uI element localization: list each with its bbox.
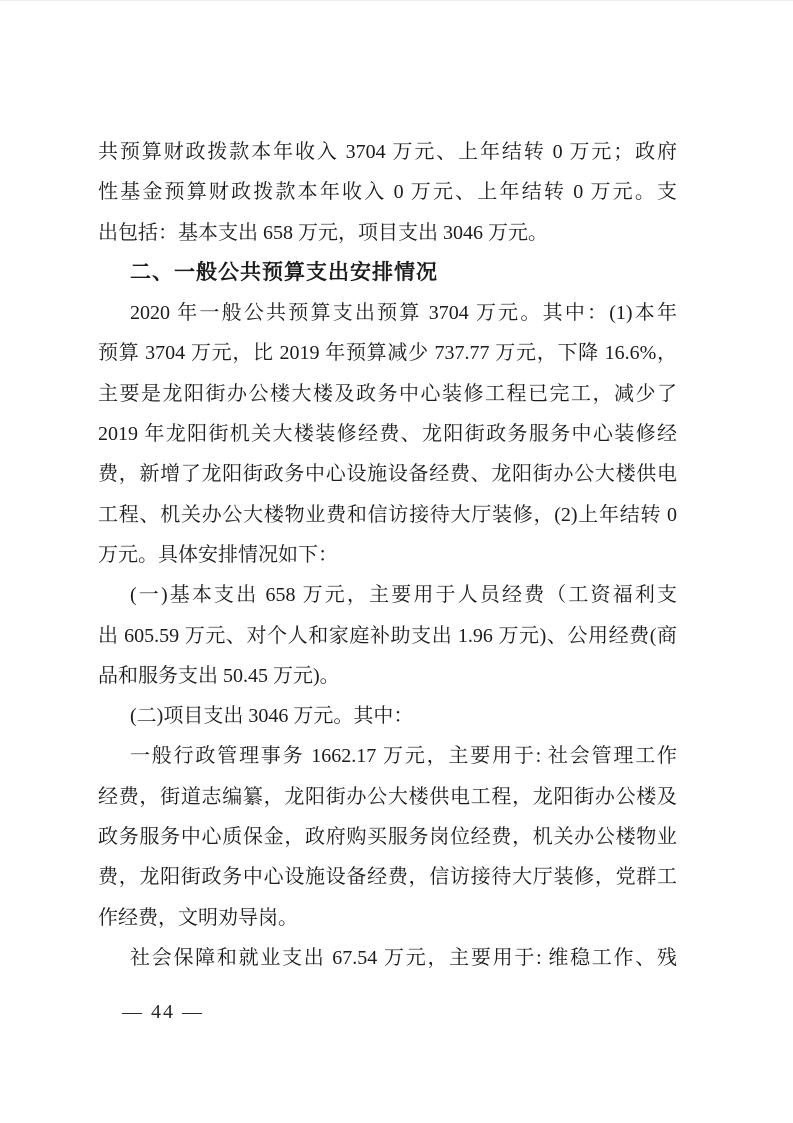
text-line: 费，新增了龙阳街政务中心设施设备经费、龙阳街办公大楼供电 [98,454,677,494]
text-line: 主要是龙阳街办公楼大楼及政务中心装修工程已完工，减少了 [98,374,677,414]
text-line: 品和服务支出 50.45 万元)。 [98,656,677,696]
text-line: 经费，街道志编纂，龙阳街办公大楼供电工程，龙阳街办公楼及 [98,777,677,817]
text-line: 预算 3704 万元，比 2019 年预算减少 737.77 万元，下降 16.… [98,333,677,373]
text-line: 出包括：基本支出 658 万元，项目支出 3046 万元。 [98,213,677,253]
page-number: — 44 — [122,1001,204,1023]
page-footer: — 44 — [122,1001,204,1024]
text-line: 万元。具体安排情况如下： [98,535,677,575]
text-line: 一般行政管理事务 1662.17 万元，主要用于: 社会管理工作 [98,736,677,776]
text-line: 2020 年一般公共预算支出预算 3704 万元。其中：(1)本年 [98,293,677,333]
text-line: 性基金预算财政拨款本年收入 0 万元、上年结转 0 万元。支 [98,172,677,212]
text-line: 政务服务中心质保金，政府购买服务岗位经费，机关办公楼物业 [98,817,677,857]
document-page: 共预算财政拨款本年收入 3704 万元、上年结转 0 万元；政府性基金预算财政拨… [0,0,793,1123]
text-line: (二)项目支出 3046 万元。其中： [98,696,677,736]
text-line: 社会保障和就业支出 67.54 万元，主要用于: 维稳工作、残 [98,938,677,978]
text-line: 出 605.59 万元、对个人和家庭补助支出 1.96 万元)、公用经费(商 [98,616,677,656]
text-line: 工程、机关办公大楼物业费和信访接待大厅装修，(2)上年结转 0 [98,495,677,535]
document-body: 共预算财政拨款本年收入 3704 万元、上年结转 0 万元；政府性基金预算财政拨… [98,132,677,978]
section-heading: 二、一般公共预算支出安排情况 [98,253,677,293]
text-line: 2019 年龙阳街机关大楼装修经费、龙阳街政务服务中心装修经 [98,414,677,454]
text-line: 作经费，文明劝导岗。 [98,898,677,938]
text-line: 费，龙阳街政务中心设施设备经费，信访接待大厅装修，党群工 [98,857,677,897]
text-line: 共预算财政拨款本年收入 3704 万元、上年结转 0 万元；政府 [98,132,677,172]
text-line: (一)基本支出 658 万元，主要用于人员经费（工资福利支 [98,575,677,615]
